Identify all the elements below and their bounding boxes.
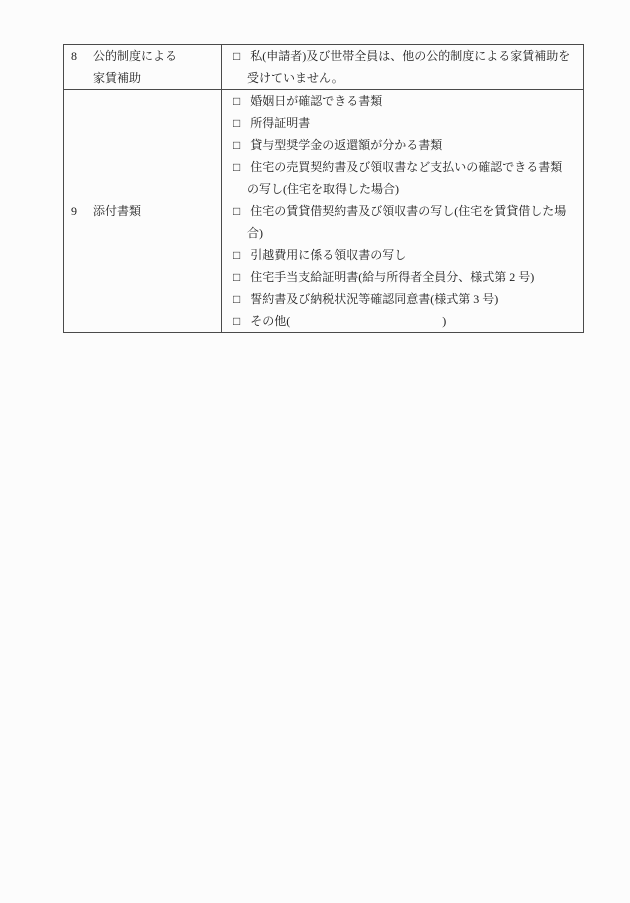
item-text: 私(申請者)及び世帯全員は、他の公的制度による家賃補助を受けていません。 — [247, 49, 570, 85]
row-8-label-cell: 8公的制度による 家賃補助 — [64, 45, 222, 89]
item-text: 住宅の賃貸借契約書及び領収書の写し(住宅を賃貸借した場合) — [247, 204, 566, 240]
row-9-label-cell: 9添付書類 — [64, 90, 222, 332]
row-8-title-line-1: 8公的制度による — [71, 45, 217, 67]
checkbox-item: □誓約書及び納税状況等確認同意書(様式第 3 号) — [233, 288, 573, 310]
row-8-label: 公的制度による — [93, 49, 177, 63]
item-text: 引越費用に係る領収書の写し — [250, 248, 406, 262]
row-9-content-cell: □婚姻日が確認できる書類 □所得証明書 □貸与型奨学金の返還額が分かる書類 □住… — [222, 90, 583, 332]
row-8-number: 8 — [71, 45, 93, 67]
checkbox-icon: □ — [233, 292, 240, 306]
checkbox-item-other: □その他() — [233, 310, 573, 332]
table-row-8: 8公的制度による 家賃補助 □私(申請者)及び世帯全員は、他の公的制度による家賃… — [64, 45, 583, 89]
checkbox-item: □私(申請者)及び世帯全員は、他の公的制度による家賃補助を受けていません。 — [233, 45, 573, 89]
checkbox-item: □婚姻日が確認できる書類 — [233, 90, 573, 112]
checkbox-item: □所得証明書 — [233, 112, 573, 134]
checkbox-icon: □ — [233, 270, 240, 284]
checkbox-item: □引越費用に係る領収書の写し — [233, 244, 573, 266]
row-8-title-line-2: 家賃補助 — [93, 67, 217, 89]
item-text: 住宅手当支給証明書(給与所得者全員分、様式第 2 号) — [250, 270, 534, 284]
row-9-number: 9 — [71, 200, 93, 222]
document-page: 8公的制度による 家賃補助 □私(申請者)及び世帯全員は、他の公的制度による家賃… — [0, 0, 630, 903]
checkbox-icon: □ — [233, 314, 240, 328]
item-text: 住宅の売買契約書及び領収書など支払いの確認できる書類の写し(住宅を取得した場合) — [247, 160, 562, 196]
checkbox-icon: □ — [233, 94, 240, 108]
checkbox-icon: □ — [233, 116, 240, 130]
item-text: 誓約書及び納税状況等確認同意書(様式第 3 号) — [250, 292, 498, 306]
checkbox-icon: □ — [233, 49, 240, 63]
application-form-table: 8公的制度による 家賃補助 □私(申請者)及び世帯全員は、他の公的制度による家賃… — [63, 44, 584, 333]
checkbox-icon: □ — [233, 204, 240, 218]
checkbox-item: □住宅手当支給証明書(給与所得者全員分、様式第 2 号) — [233, 266, 573, 288]
table-row-9: 9添付書類 □婚姻日が確認できる書類 □所得証明書 □貸与型奨学金の返還額が分か… — [64, 89, 583, 332]
checkbox-item: □住宅の売買契約書及び領収書など支払いの確認できる書類の写し(住宅を取得した場合… — [233, 156, 573, 200]
close-paren: ) — [442, 314, 446, 328]
row-8-content-cell: □私(申請者)及び世帯全員は、他の公的制度による家賃補助を受けていません。 — [222, 45, 583, 89]
item-text: 所得証明書 — [250, 116, 310, 130]
row-9-label: 添付書類 — [93, 204, 141, 218]
checkbox-item: □貸与型奨学金の返還額が分かる書類 — [233, 134, 573, 156]
checkbox-icon: □ — [233, 248, 240, 262]
checkbox-icon: □ — [233, 160, 240, 174]
item-text: 婚姻日が確認できる書類 — [250, 94, 382, 108]
item-text: その他( — [250, 314, 290, 328]
checkbox-item: □住宅の賃貸借契約書及び領収書の写し(住宅を賃貸借した場合) — [233, 200, 573, 244]
item-text: 貸与型奨学金の返還額が分かる書類 — [250, 138, 442, 152]
row-9-title-line-1: 9添付書類 — [71, 200, 217, 222]
checkbox-icon: □ — [233, 138, 240, 152]
